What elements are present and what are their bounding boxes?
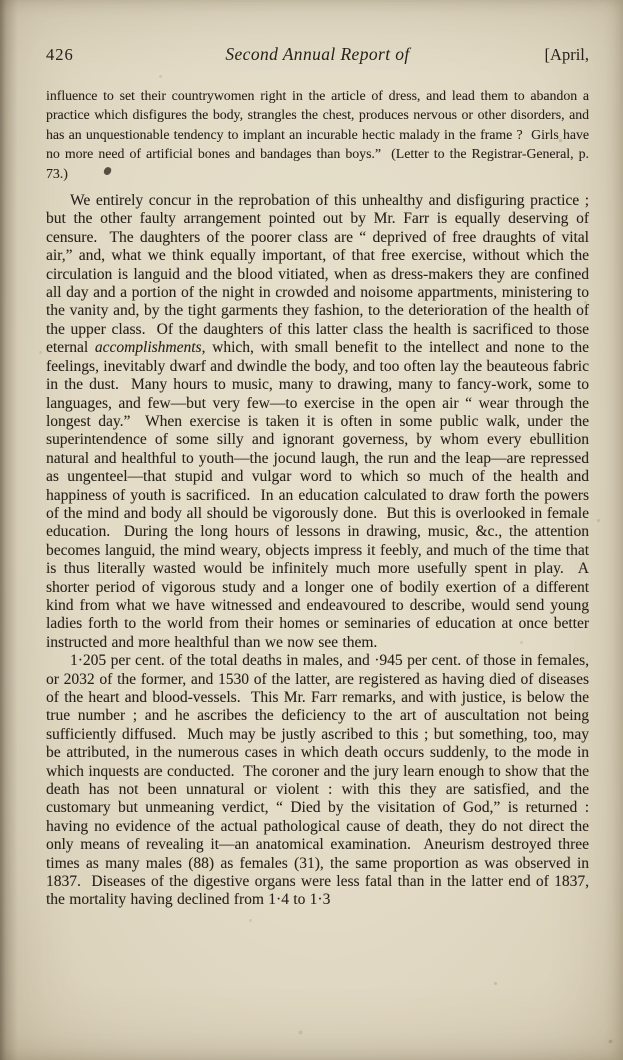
text-segment: , which, with small benefit to the intel… [46,339,593,651]
book-page: 426 Second Annual Report of [April, infl… [0,0,623,1060]
page-content: 426 Second Annual Report of [April, infl… [46,44,589,910]
text-segment: We entirely concur in the reprobation of… [46,192,593,356]
italic-text-segment: accomplishments [95,339,202,356]
paper-speckles [0,0,1,1]
paragraph-quote-continuation: influence to set their countrywomen righ… [46,86,589,183]
text-segment: 1·205 per cent. of the total deaths in m… [46,652,593,908]
running-title: Second Annual Report of [106,44,529,65]
paragraph-statistics: 1·205 per cent. of the total deaths in m… [46,652,589,910]
paragraph-concurrence: We entirely concur in the reprobation of… [46,192,589,652]
issue-label: [April, [529,45,589,65]
page-text: influence to set their countrywomen righ… [46,86,589,910]
binding-shadow [0,0,18,1060]
page-header: 426 Second Annual Report of [April, [46,44,589,65]
text-segment: influence to set their countrywomen righ… [46,88,593,181]
page-number: 426 [46,45,106,65]
